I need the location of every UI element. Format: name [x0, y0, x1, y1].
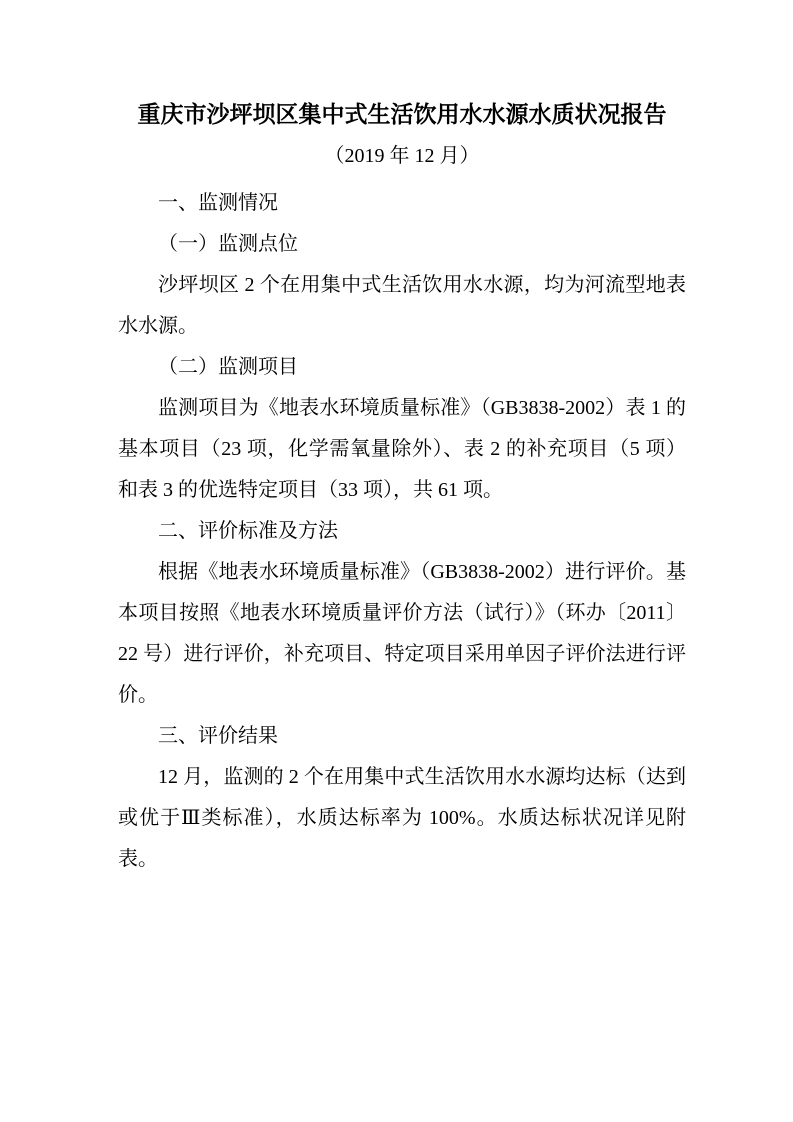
paragraph-evaluation-results: 12 月，监测的 2 个在用集中式生活饮用水水源均达标（达到或优于Ⅲ类标准），水… — [118, 757, 686, 880]
paragraph-monitoring-items: 监测项目为《地表水环境质量标准》（GB3838-2002）表 1 的基本项目（2… — [118, 388, 686, 511]
section-heading-monitoring: 一、监测情况 — [118, 183, 686, 224]
paragraph-monitoring-sites: 沙坪坝区 2 个在用集中式生活饮用水水源，均为河流型地表水水源。 — [118, 265, 686, 347]
paragraph-evaluation-standards: 根据《地表水环境质量标准》（GB3838-2002）进行评价。基本项目按照《地表… — [118, 552, 686, 716]
subsection-heading-monitoring-items: （二）监测项目 — [118, 347, 686, 388]
subsection-heading-monitoring-sites: （一）监测点位 — [118, 224, 686, 265]
report-page: 重庆市沙坪坝区集中式生活饮用水水源水质状况报告 （2019 年 12 月） 一、… — [0, 0, 793, 1122]
report-title: 重庆市沙坪坝区集中式生活饮用水水源水质状况报告 — [118, 98, 686, 130]
report-subtitle: （2019 年 12 月） — [118, 136, 686, 176]
section-heading-evaluation-standards: 二、评价标准及方法 — [118, 511, 686, 552]
report-body: 一、监测情况 （一）监测点位 沙坪坝区 2 个在用集中式生活饮用水水源，均为河流… — [118, 183, 686, 880]
section-heading-evaluation-results: 三、评价结果 — [118, 716, 686, 757]
